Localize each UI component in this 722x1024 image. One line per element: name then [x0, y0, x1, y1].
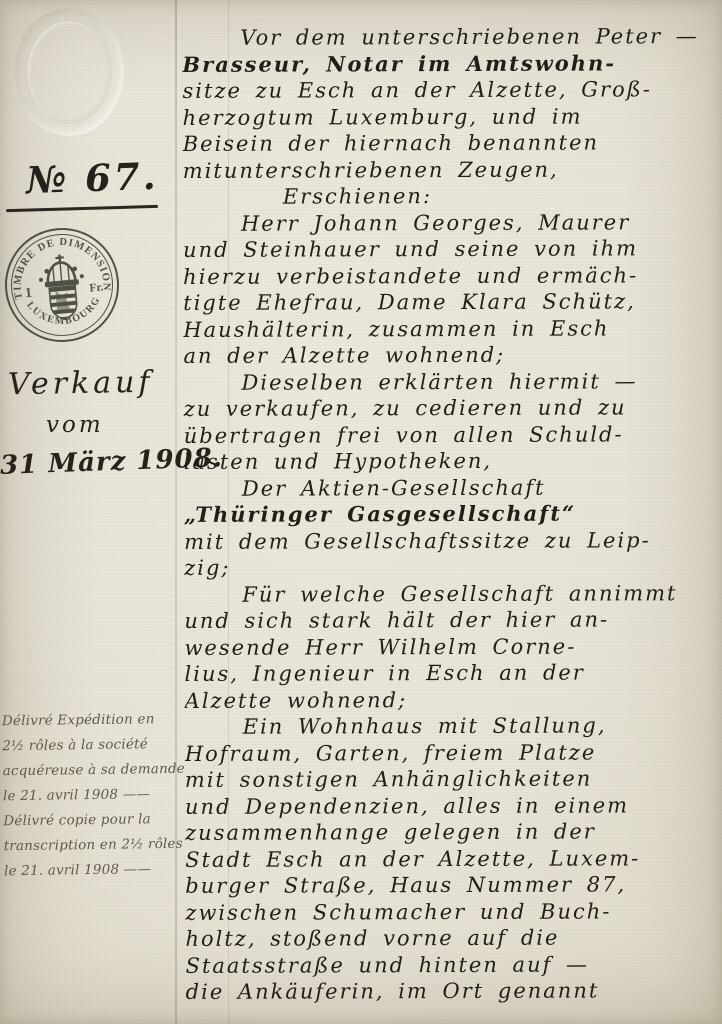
handwritten-line: und sich stark hält der hier an- [184, 606, 722, 634]
stamp-value-left: 1 [24, 286, 32, 302]
note-line: Délivré Expédition en [2, 707, 184, 735]
handwritten-line: zu verkaufen, zu cedieren und zu [184, 394, 722, 422]
handwritten-line: Stadt Esch an der Alzette, Luxem- [185, 845, 722, 873]
act-preposition: vom [46, 412, 104, 438]
act-type-label: Verkauf [8, 365, 154, 403]
handwritten-line: wesende Herr Wilhelm Corne- [184, 633, 722, 661]
handwritten-line: lius, Ingenieur in Esch an der [184, 659, 722, 687]
note-line: transcription en 2½ rôles [4, 832, 186, 860]
handwritten-line: und Dependenzien, alles in einem [185, 792, 722, 820]
deed-text: Vor dem unterschriebenen Peter — Brasseu… [182, 23, 722, 1021]
handwritten-line: Alzette wohnend; [185, 686, 722, 714]
handwritten-line: Beisein der hiernach benannten [183, 129, 721, 157]
handwritten-line: holtz, stoßend vorne auf die [185, 924, 722, 952]
note-line: le 21. avril 1908 —— [4, 857, 186, 885]
handwritten-line: zig; [184, 553, 722, 581]
handwritten-line: Haushälterin, zusammen in Esch [183, 315, 721, 343]
handwritten-line: „Thüringer Gasgesellschaft“ [184, 500, 722, 528]
stamp-value-right: Fr. [89, 281, 104, 294]
handwritten-line: Herr Johann Georges, Maurer [183, 209, 721, 237]
handwritten-line: Staatsstraße und hinten auf — [186, 951, 722, 979]
handwritten-line: Vor dem unterschriebenen Peter — [182, 23, 720, 51]
delivery-note: Délivré Expédition en 2½ rôles à la soci… [2, 707, 186, 885]
handwritten-line: hierzu verbeistandete und ermäch- [183, 262, 721, 290]
handwritten-line: übertragen frei von allen Schuld- [184, 421, 722, 449]
handwritten-line: burger Straße, Haus Nummer 87, [185, 871, 722, 899]
note-line: acquéreuse à sa demande [2, 757, 184, 785]
document-number-underline [6, 205, 158, 212]
note-line: Délivré copie pour la [3, 807, 185, 835]
handwritten-line: und Steinhauer und seine von ihm [183, 235, 721, 263]
handwritten-line: Erschienen: [183, 182, 721, 210]
handwritten-line: an der Alzette wohnend; [183, 341, 721, 369]
crown-icon [37, 253, 85, 288]
handwritten-line: zwischen Schumacher und Buch- [185, 898, 722, 926]
deed-page: № 67. TIMBRE DE DIMENSION LUXEMBOURG [0, 0, 722, 1024]
document-number: № 67. [25, 154, 159, 203]
handwritten-line: Für welche Gesellschaft annimmt [184, 580, 722, 608]
handwritten-line: sitze zu Esch an der Alzette, Groß- [182, 76, 720, 104]
revenue-stamp: TIMBRE DE DIMENSION LUXEMBOURG [0, 221, 126, 349]
handwritten-line: Brasseur, Notar im Amtswohn- [182, 50, 720, 78]
handwritten-line: tigte Ehefrau, Dame Klara Schütz, [183, 288, 721, 316]
handwritten-line: Hofraum, Garten, freiem Platze [185, 739, 722, 767]
handwritten-line: mit sonstigen Anhänglichkeiten [185, 765, 722, 793]
handwritten-line: herzogtum Luxemburg, und im [183, 103, 721, 131]
handwritten-line: mit dem Gesellschaftssitze zu Leip- [184, 527, 722, 555]
note-line: 2½ rôles à la société [2, 732, 184, 760]
handwritten-line: Ein Wohnhaus mit Stallung, [185, 712, 722, 740]
note-line: le 21. avril 1908 —— [3, 782, 185, 810]
embossed-seal [14, 8, 124, 136]
handwritten-line: mitunterschriebenen Zeugen, [183, 156, 721, 184]
handwritten-line: Dieselben erklärten hiermit — [183, 368, 721, 396]
handwritten-line: lasten und Hypotheken, [184, 447, 722, 475]
handwritten-line: Der Aktien-Gesellschaft [184, 474, 722, 502]
handwritten-line: die Ankäuferin, im Ort genannt [186, 977, 722, 1005]
handwritten-line: zusammenhange gelegen in der [185, 818, 722, 846]
